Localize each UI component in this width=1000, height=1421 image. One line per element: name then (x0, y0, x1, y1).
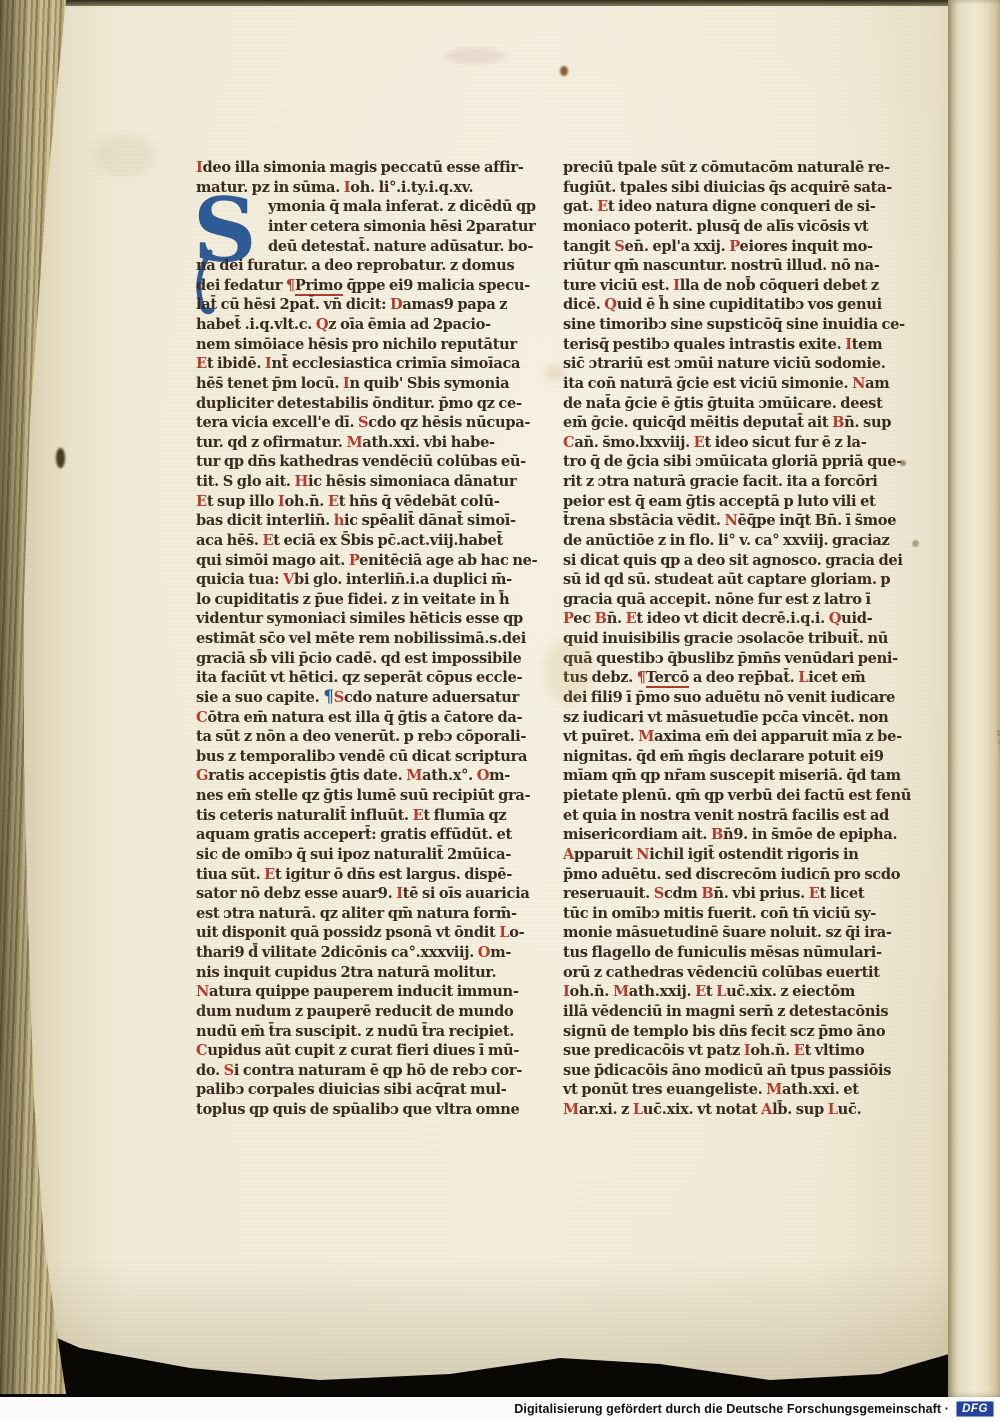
text-line: et quia in nostra venit nostrā facilis e… (563, 806, 929, 826)
text-line: Et ibidē. Int̄ ecclesiastica crimīa simo… (196, 354, 562, 374)
text-segment: atura quippe pauperem inducit immun- (209, 983, 519, 1000)
text-segment: qui simōi mago ait. (196, 552, 349, 569)
text-segment: Q (829, 610, 841, 627)
text-segment: deū detestat̄. nature adūsatur. bo- (268, 238, 533, 255)
text-segment: vt ponūt tres euangeliste. (563, 1081, 766, 1098)
text-segment: ratis accepistis ḡtis date. (208, 767, 406, 784)
text-line: sic de omībɔ q̄ sui ipoz naturalit̄ 2mūi… (196, 845, 562, 865)
text-segment: L (828, 1101, 838, 1118)
text-segment: en̄. epl'a xxij. (625, 238, 730, 255)
text-line: lat̄ cū hēsi 2pat̄. vn̄ dicit: Damas9 pa… (196, 295, 562, 315)
text-segment: habet̄ .i.q.vlt.c. (196, 316, 316, 333)
text-segment: E (694, 434, 705, 451)
text-line: Can̄. s̄mo.lxxviij. Et ideo sicut fur ē … (563, 433, 929, 453)
text-segment: E (695, 983, 706, 1000)
digitization-footer: Digitalisierung gefördert durch die Deut… (0, 1397, 1000, 1421)
text-line: Ideo illa simonia magis peccatū esse aff… (196, 158, 562, 178)
text-segment: reseruauit. (563, 885, 654, 902)
text-segment: t ideo sicut fur ē z la- (704, 434, 866, 451)
text-segment: uid ē h̄ sine cupiditatibɔ vos genui (617, 296, 882, 313)
text-segment: E (196, 355, 207, 372)
text-line: dicē. Quid ē h̄ sine cupiditatibɔ vos ge… (563, 295, 929, 315)
text-segment: dei fili9 ī p̄mo suo aduētu nō venit iud… (563, 689, 895, 706)
text-line: tur. qd z ofirmatur. Math.xxi. vbi habe- (196, 433, 562, 453)
text-segment: bas dicit interlin̄. (196, 512, 334, 529)
text-segment: H (294, 473, 308, 490)
text-line: nis inquit cupidus 2tra naturā molitur. (196, 963, 562, 983)
text-segment: misericordiam ait. (563, 826, 711, 843)
text-segment: n quib' Sbis symonia (349, 375, 509, 392)
text-segment: ec (573, 610, 594, 627)
text-segment: graciā sb̄ vili p̄cio cadē. qd est impos… (196, 650, 522, 667)
text-segment: ita faciūt vt hētici. qz seperāt cōpus e… (196, 669, 522, 686)
text-segment: t sup illo (207, 493, 278, 510)
text-segment: lat̄ cū hēsi 2pat̄. vn̄ dicit: (196, 296, 390, 313)
text-segment: uc̄. (838, 1101, 862, 1118)
text-segment: em̄ ḡcie. quicq̄d mēitis deputat̄ ait (563, 414, 832, 431)
text-line: thari9 d̄ vilitate 2dicōnis ca°.xxxviij.… (196, 943, 562, 963)
text-segment: t (706, 983, 716, 1000)
text-segment: E (597, 198, 608, 215)
text-segment: M (613, 983, 629, 1000)
text-segment: hēs̄ tenet p̄m locū. (196, 375, 343, 392)
text-column-left: Ideo illa simonia magis peccatū esse aff… (196, 158, 562, 1120)
text-line: graciā sb̄ vili p̄cio cadē. qd est impos… (196, 649, 562, 669)
text-segment: upidus aūt cupit z curat fieri diues ī m… (207, 1042, 519, 1059)
text-segment: aquam gratis accepert̄: gratis effūdūt. … (196, 826, 512, 843)
text-segment: O (477, 767, 489, 784)
text-line: terisq̄ pestibɔ quales intrastis exite. … (563, 335, 929, 355)
text-line: peior est q̄ eam ḡtis acceptā p luto vil… (563, 492, 929, 512)
text-line: hēs̄ tenet p̄m locū. In quib' Sbis symon… (196, 374, 562, 394)
text-segment: E (626, 610, 637, 627)
text-segment: E (809, 885, 820, 902)
text-line: nudū em̄ t̄ra suscipit. z nudū t̄ra reci… (196, 1022, 562, 1042)
text-segment: A (761, 1101, 772, 1118)
text-segment: nes em̄ stelle qz ḡtis lumē suū recipiūt… (196, 787, 530, 804)
text-segment: tangit (563, 238, 614, 255)
text-line: na dei furatur. a deo reprobatur. z domu… (196, 256, 562, 276)
text-segment: amas9 papa z (402, 296, 507, 313)
text-line: tiua sūt. Et igitur ō dn̄s est largus. d… (196, 865, 562, 885)
edge-fragment: hoc (994, 729, 1000, 756)
text-segment: M (406, 767, 422, 784)
text-segment: nis inquit cupidus 2tra naturā molitur. (196, 964, 496, 981)
text-line: sator nō debz esse auar9. Itē si oīs aua… (196, 884, 562, 904)
text-line: Apparuit Nichil igit̄ ostendit rigoris i… (563, 845, 929, 865)
text-segment: B (832, 414, 844, 431)
text-segment: dupliciter detestabilis ōnditur. p̄mo qz… (196, 395, 522, 412)
text-segment: S (614, 238, 624, 255)
text-segment: q̄ppe ei9 malicia specu- (343, 277, 530, 294)
text-segment: M (766, 1081, 782, 1098)
text-segment: N (852, 375, 865, 392)
text-segment: monie māsuetudinē s̄uare noluit. sz q̄i … (563, 924, 892, 941)
text-segment: sic̄ ɔtrariū est ɔmūi nature viciū sodom… (563, 355, 886, 372)
text-line: Ioh.n̄. Math.xxij. Et Luc̄.xix. z eiectō… (563, 982, 929, 1002)
text-line: si dicat quis qp a deo sit agnosco. grac… (563, 551, 929, 571)
text-line: signū de templo bis dn̄s fecit scz p̄mo … (563, 1022, 929, 1042)
text-line: illā vēdenciū in magni sern̄ z detestacō… (563, 1002, 929, 1022)
text-segment: tiua sūt. (196, 866, 264, 883)
text-column-right: preciū tpale sūt z cōmutacōm naturalē re… (563, 158, 929, 1120)
text-segment: tūc in omībɔ mitis fuerit. con̄ tn̄ vici… (563, 905, 876, 922)
text-segment: deo illa simonia magis peccatū esse affi… (203, 159, 524, 176)
text-line: Cupidus aūt cupit z curat fieri diues ī … (196, 1041, 562, 1061)
text-segment: O (478, 944, 490, 961)
text-segment: B (595, 610, 607, 627)
fore-edge-pages: hoc noui (948, 0, 1000, 1397)
text-line: estimāt sc̄o vel mēte rem nobilissimā.s.… (196, 629, 562, 649)
text-segment: do. (196, 1062, 224, 1079)
text-line: pietate plenū. qm̄ qp verbū dei factū es… (563, 786, 929, 806)
text-line: moniaco poterit. plusq̄ de alīs vicōsis … (563, 217, 929, 237)
text-segment: o- (509, 924, 524, 941)
text-segment: sū id qd sū. studeat aūt captare gloriam… (563, 571, 890, 588)
text-segment: ture viciū est. (563, 277, 673, 294)
text-segment: V (283, 571, 294, 588)
text-line: Et sup illo Ioh.n̄. Et hn̄s q̄ vēdebāt c… (196, 492, 562, 512)
text-segment: an̄. s̄mo.lxxviij. (574, 434, 693, 451)
text-line: uit disponit quā possidz psonā vt ōndit … (196, 923, 562, 943)
text-segment: nignitas. q̄d em̄ m̄gis declarare potuit… (563, 748, 884, 765)
text-segment: quā questibɔ q̄buslibz p̄mn̄s venūdari p… (563, 650, 898, 667)
text-line: quid inuisibilis gracie ɔsolacōe tribuit… (563, 629, 929, 649)
text-segment: ic hēsis simoniaca dānatur (308, 473, 516, 490)
text-segment: tera vicia excell'e dī. (196, 414, 358, 431)
text-segment: peior est q̄ eam ḡtis acceptā p luto vil… (563, 493, 876, 510)
text-line: lo cupiditatis z p̄ue fidei. z in veitat… (196, 590, 562, 610)
text-segment: tē si oīs auaricia (403, 885, 530, 902)
text-segment: M (563, 1101, 579, 1118)
text-segment: uit disponit quā possidz psonā vt ōndit (196, 924, 499, 941)
text-segment: t licet (820, 885, 865, 902)
text-segment: sie a suo capite. (196, 689, 323, 706)
text-segment: thari9 d̄ vilitate 2dicōnis ca°.xxxviij. (196, 944, 478, 961)
text-line: videntur symoniaci similes hēticis esse … (196, 609, 562, 629)
text-line: matur. pz in sūma. Ioh. li°.i.ty.i.q.xv. (196, 178, 562, 198)
text-segment: L (716, 983, 726, 1000)
text-line: Cōtra em̄ natura est illa q̄ ḡtis a c̄at… (196, 708, 562, 728)
text-segment: E (413, 807, 424, 824)
text-segment: orū z cathedras vēdenciū colūbas euertit (563, 964, 880, 981)
text-line: bas dicit interlin̄. hic spēalit̄ dānat̄… (196, 511, 562, 531)
text-segment: Primo (295, 277, 343, 296)
text-segment: oh.n̄. (750, 1042, 793, 1059)
text-segment: preciū tpale sūt z cōmutacōm naturalē re… (563, 159, 890, 176)
text-segment: C (563, 434, 574, 451)
text-segment: tro q̄ de ḡcia sibi ɔmūicata gloriā ppri… (563, 453, 902, 470)
text-segment: icet em̄ (808, 669, 865, 686)
text-segment: estimāt sc̄o vel mēte rem nobilissimā.s.… (196, 630, 526, 647)
text-segment: et quia in nostra venit nostrā facilis e… (563, 807, 889, 824)
text-segment: E (264, 866, 275, 883)
text-line: vt ponūt tres euangeliste. Math.xxi. et (563, 1080, 929, 1100)
text-line: inter cetera simonia hēsi 2paratur (196, 217, 562, 237)
text-segment: tur qp dn̄s kathedras vendēciū colūbas e… (196, 453, 526, 470)
footer-credit-text: Digitalisierung gefördert durch die Deut… (514, 1402, 949, 1416)
text-line: tera vicia excell'e dī. Scdo qz hēsis nū… (196, 413, 562, 433)
text-segment: ar.xi. z (579, 1101, 633, 1118)
text-segment: cdm (664, 885, 701, 902)
text-segment: oh. li°.i.ty.i.q.xv. (350, 179, 473, 196)
text-segment: ath.x°. (422, 767, 477, 784)
text-segment: sic de omībɔ q̄ sui ipoz naturalit̄ 2mūi… (196, 846, 511, 863)
text-line: t̄rena sbstācia vēdit. Nēq̄pe inq̄t Bn̄.… (563, 511, 929, 531)
text-segment: M (638, 728, 654, 745)
text-line: toplus qp quis de spūalibɔ que vltra omn… (196, 1100, 562, 1120)
text-segment: tit. S glo ait. (196, 473, 294, 490)
text-line: sz iudicari vt māsuetudīe pcc̄a vincēt. … (563, 708, 929, 728)
text-segment: sator nō debz esse auar9. (196, 885, 396, 902)
text-segment: sz iudicari vt māsuetudīe pcc̄a vincēt. … (563, 709, 889, 726)
text-line: de anūctiōe z in flo. li° v. ca° xxviij.… (563, 531, 929, 551)
text-segment: Q (604, 296, 616, 313)
manuscript-page: S Ideo illa simonia magis peccatū esse a… (20, 6, 956, 1398)
text-line: reseruauit. Scdm Bn̄. vbi prius. Et lice… (563, 884, 929, 904)
text-segment: est ɔtra naturā. qz aliter qm̄ natura fo… (196, 905, 517, 922)
text-segment: matur. pz in sūma. (196, 179, 344, 196)
text-segment: uc̄.xix. vt notat (643, 1101, 761, 1118)
text-segment: ōtra em̄ natura est illa q̄ ḡtis a c̄ato… (207, 709, 522, 726)
text-segment: a deo rep̄bat̄. (689, 669, 798, 686)
text-segment: n̄9. in s̄mōe de epipha. (723, 826, 897, 843)
text-segment: C (196, 1042, 207, 1059)
text-line: vt puīret. Maxima em̄ dei apparuit mīa z… (563, 727, 929, 747)
text-line: p̄mo aduētu. sed discrecōm iudicn̄ pro s… (563, 865, 929, 885)
text-line: de nat̄a ḡcie ē ḡtis ḡtuita ɔmūicare. de… (563, 394, 929, 414)
text-segment: ichil igit̄ ostendit rigoris in (649, 846, 858, 863)
text-segment: tus flagello de funiculis mēsas nūmulari… (563, 944, 882, 961)
text-line: quicia tua: Vbi glo. interlin̄.i.a dupli… (196, 570, 562, 590)
text-segment: lb̄. sup (772, 1101, 828, 1118)
text-line: tro q̄ de ḡcia sibi ɔmūicata gloriā ppri… (563, 452, 929, 472)
text-line: ta sūt z nōn a deo venerūt. p rebɔ cōpor… (196, 727, 562, 747)
text-line: Mar.xi. z Luc̄.xix. vt notat Alb̄. sup L… (563, 1100, 929, 1120)
text-segment: t ideo vt dicit decrē.i.q.i. (636, 610, 828, 627)
text-segment: sue p̄dicacōis āno modicū an̄ tpus passi… (563, 1062, 891, 1079)
text-line: palibɔ corpales diuicias sibi acq̄rat mu… (196, 1080, 562, 1100)
dfg-logo: DFG (956, 1401, 994, 1417)
text-segment: S (358, 414, 368, 431)
text-segment: am (865, 375, 889, 392)
text-segment: nem simōiace hēsis pro nichilo reputātur (196, 336, 517, 353)
text-line: qui simōi mago ait. Penitēciā age ab hac… (196, 551, 562, 571)
text-line: fugiūt. tpales sibi diuicias q̄s acquirē… (563, 178, 929, 198)
text-segment: oh.n̄. (570, 983, 613, 1000)
text-line: dei fili9 ī p̄mo suo aduētu nō venit iud… (563, 688, 929, 708)
text-line: orū z cathedras vēdenciū colūbas euertit (563, 963, 929, 983)
text-segment: videntur symoniaci similes hēticis esse … (196, 610, 523, 627)
text-segment: dei fedatur (196, 277, 286, 294)
text-line: ture viciū est. Illa de nob̄ cōqueri deb… (563, 276, 929, 296)
text-segment: n̄. sup (844, 414, 891, 431)
text-line: gracia quā accepit. nōne fur est z latro… (563, 590, 929, 610)
text-line: quā questibɔ q̄buslibz p̄mn̄s venūdari p… (563, 649, 929, 669)
text-segment: de anūctiōe z in flo. li° v. ca° xxviij.… (563, 532, 889, 549)
text-segment: L (633, 1101, 643, 1118)
text-segment: N (724, 512, 737, 529)
text-segment: ath.xxi. et (782, 1081, 859, 1098)
text-line: dupliciter detestabilis ōnditur. p̄mo qz… (196, 394, 562, 414)
text-segment: cdo nature aduersatur (344, 689, 519, 706)
text-segment: L (499, 924, 509, 941)
text-segment: Q (316, 316, 328, 333)
text-segment: quid inuisibilis gracie ɔsolacōe tribuit… (563, 630, 888, 647)
text-line: sue predicacōis vt patz Ioh.n̄. Et vltim… (563, 1041, 929, 1061)
text-segment: bi glo. interlin̄.i.a duplici m̄- (294, 571, 512, 588)
text-line: tus flagello de funiculis mēsas nūmulari… (563, 943, 929, 963)
text-line: tis ceteris naturalit̄ influūt. Et flumī… (196, 806, 562, 826)
text-line: bus z temporalibɔ vendē cū dicat scriptu… (196, 747, 562, 767)
text-line: mīam qm̄ qp nr̄am suscepit miseriā. q̄d … (563, 766, 929, 786)
text-segment: t vltimo (805, 1042, 865, 1059)
text-segment: S (654, 885, 664, 902)
text-segment: P (563, 610, 573, 627)
text-segment: t ibidē. (207, 355, 265, 372)
text-segment: fugiūt. tpales sibi diuicias q̄s acquirē… (563, 179, 892, 196)
text-segment: palibɔ corpales diuicias sibi acq̄rat mu… (196, 1081, 507, 1098)
text-line: rit z ɔtra naturā gracie facit. ita a fo… (563, 472, 929, 492)
text-segment: N (196, 983, 209, 1000)
text-segment: eiores inquit mo- (740, 238, 873, 255)
text-segment: Tercō (646, 669, 689, 688)
text-line: Pec Bn̄. Et ideo vt dicit decrē.i.q.i. Q… (563, 609, 929, 629)
text-segment: cdo qz hēsis nūcupa- (368, 414, 530, 431)
text-line: nignitas. q̄d em̄ m̄gis declarare potuit… (563, 747, 929, 767)
text-line: sie a suo capite. ¶Scdo nature aduersatu… (196, 688, 562, 708)
text-segment: lo cupiditatis z p̄ue fidei. z in veitat… (196, 591, 509, 608)
text-segment: i contra naturam ē qp hō de rebɔ cor- (234, 1062, 522, 1079)
text-line: sue p̄dicacōis āno modicū an̄ tpus passi… (563, 1061, 929, 1081)
text-line: aquam gratis accepert̄: gratis effūdūt. … (196, 825, 562, 845)
text-line: do. Si contra naturam ē qp hō de rebɔ co… (196, 1061, 562, 1081)
text-segment: nt̄ ecclesiastica crimīa simoīaca (271, 355, 520, 372)
text-segment: E (196, 493, 207, 510)
text-segment: t̄rena sbstācia vēdit. (563, 512, 724, 529)
text-segment: uc̄.xix. z eiectōm (726, 983, 855, 1000)
text-line: gat. Et ideo natura digne conqueri de si… (563, 197, 929, 217)
text-line: aca hēs̄. Et eciā ex S̄bis pc̄.act.viij.… (196, 531, 562, 551)
text-line: deū detestat̄. nature adūsatur. bo- (196, 237, 562, 257)
text-segment: t eciā ex S̄bis pc̄.act.viij.habet̄ (273, 532, 503, 549)
text-segment: tis ceteris naturalit̄ influūt. (196, 807, 413, 824)
text-segment: P (349, 552, 359, 569)
text-segment: dum nudum z pauperē reducit de mundo (196, 1003, 514, 1020)
text-segment: gracia quā accepit. nōne fur est z latro… (563, 591, 871, 608)
next-leaf-showthrough: hoc noui (994, 729, 1000, 822)
text-segment: B (711, 826, 723, 843)
text-segment: ita con̄ naturā ḡcie est viciū simonie. (563, 375, 852, 392)
text-segment: axima em̄ dei apparuit mīa z be- (654, 728, 902, 745)
text-segment: illā vēdenciū in magni sern̄ z detestacō… (563, 1003, 888, 1020)
text-segment: na dei furatur. a deo reprobatur. z domu… (196, 257, 514, 274)
text-segment: dicē. (563, 296, 604, 313)
text-segment: lla de nob̄ cōqueri debet z (680, 277, 879, 294)
text-segment: ēq̄pe inq̄t Bn̄. ī s̄moe (738, 512, 897, 529)
text-line: nem simōiace hēsis pro nichilo reputātur (196, 335, 562, 355)
text-segment: moniaco poterit. plusq̄ de alīs vicōsis … (563, 218, 868, 235)
text-segment: n̄. vbi prius. (713, 885, 808, 902)
text-segment: tem (852, 336, 883, 353)
text-line: dum nudum z pauperē reducit de mundo (196, 1002, 562, 1022)
text-segment: n̄. (607, 610, 626, 627)
text-segment: toplus qp quis de spūalibɔ que vltra omn… (196, 1101, 520, 1118)
text-line: tangit Sen̄. epl'a xxij. Peiores inquit … (563, 237, 929, 257)
text-segment: uid- (841, 610, 872, 627)
scanned-book-page: S Ideo illa simonia magis peccatū esse a… (0, 0, 1000, 1421)
text-segment: S (334, 689, 344, 706)
text-segment: t igitur ō dn̄s est largus. dispē- (275, 866, 512, 883)
text-line: monie māsuetudinē s̄uare noluit. sz q̄i … (563, 923, 929, 943)
text-line: tūc in omībɔ mitis fuerit. con̄ tn̄ vici… (563, 904, 929, 924)
text-line: tit. S glo ait. Hic hēsis simoniaca dāna… (196, 472, 562, 492)
text-segment: A (563, 846, 574, 863)
text-segment: riūtur qm̄ nascuntur. nostrū illud. nō n… (563, 257, 879, 274)
text-segment: ath.xxij. (629, 983, 695, 1000)
text-segment: terisq̄ pestibɔ quales intrastis exite. (563, 336, 845, 353)
text-segment: M (346, 434, 362, 451)
text-segment: tus debz. (563, 669, 637, 686)
text-segment: sine timoribɔ sine supsticōq̄ sine inuid… (563, 316, 905, 333)
text-segment: P (729, 238, 739, 255)
text-segment: B (701, 885, 713, 902)
text-segment: C (196, 709, 207, 726)
text-segment: quicia tua: (196, 571, 283, 588)
text-segment: ic spēalit̄ dānat̄ simoī- (344, 512, 516, 529)
text-line: ita con̄ naturā ḡcie est viciū simonie. … (563, 374, 929, 394)
text-segment: m- (489, 767, 510, 784)
text-line: habet̄ .i.q.vlt.c. Qz oīa ēmia ad 2pacio… (196, 315, 562, 335)
text-segment: aca hēs̄. (196, 532, 262, 549)
text-line: tus debz. ¶Tercō a deo rep̄bat̄. Licet e… (563, 668, 929, 688)
text-segment: G (196, 767, 208, 784)
text-segment: tur. qd z ofirmatur. (196, 434, 346, 451)
text-line: em̄ ḡcie. quicq̄d mēitis deputat̄ ait Bn… (563, 413, 929, 433)
text-line: Natura quippe pauperem inducit immun- (196, 982, 562, 1002)
text-segment: si dicat quis qp a deo sit agnosco. grac… (563, 552, 903, 569)
text-segment: gat. (563, 198, 597, 215)
text-segment: S (224, 1062, 234, 1079)
text-segment: E (262, 532, 273, 549)
text-segment: ¶ (637, 669, 646, 686)
text-segment: ta sūt z nōn a deo venerūt. p rebɔ cōpor… (196, 728, 526, 745)
text-line: ita faciūt vt hētici. qz seperāt cōpus e… (196, 668, 562, 688)
text-segment: mīam qm̄ qp nr̄am suscepit miseriā. q̄d … (563, 767, 901, 784)
text-segment: enitēciā age ab hac ne- (359, 552, 537, 569)
text-line: nes em̄ stelle qz ḡtis lumē suū recipiūt… (196, 786, 562, 806)
text-segment: ymonia q̄ mala inferat. z dicēdū qp (268, 198, 536, 215)
text-line: misericordiam ait. Bn̄9. in s̄mōe de epi… (563, 825, 929, 845)
text-segment: rit z ɔtra naturā gracie facit. ita a fo… (563, 473, 878, 490)
text-segment: signū de templo bis dn̄s fecit scz p̄mo … (563, 1023, 885, 1040)
text-segment: t ideo natura digne conqueri de si- (608, 198, 876, 215)
text-segment: oh.n̄. (284, 493, 327, 510)
text-line: tur qp dn̄s kathedras vendēciū colūbas e… (196, 452, 562, 472)
text-segment: E (328, 493, 339, 510)
text-line: Gratis accepistis ḡtis date. Math.x°. Om… (196, 766, 562, 786)
text-segment: t hn̄s q̄ vēdebāt colū- (339, 493, 500, 510)
text-segment: vt puīret. (563, 728, 638, 745)
text-segment: z oīa ēmia ad 2pacio- (328, 316, 490, 333)
text-line: ymonia q̄ mala inferat. z dicēdū qp (196, 197, 562, 217)
text-segment: ¶ (323, 687, 334, 707)
text-segment: ¶ (286, 277, 295, 294)
text-line: sic̄ ɔtrariū est ɔmūi nature viciū sodom… (563, 354, 929, 374)
text-segment: E (794, 1042, 805, 1059)
text-segment: bus z temporalibɔ vendē cū dicat scriptu… (196, 748, 527, 765)
text-segment: D (390, 296, 402, 313)
